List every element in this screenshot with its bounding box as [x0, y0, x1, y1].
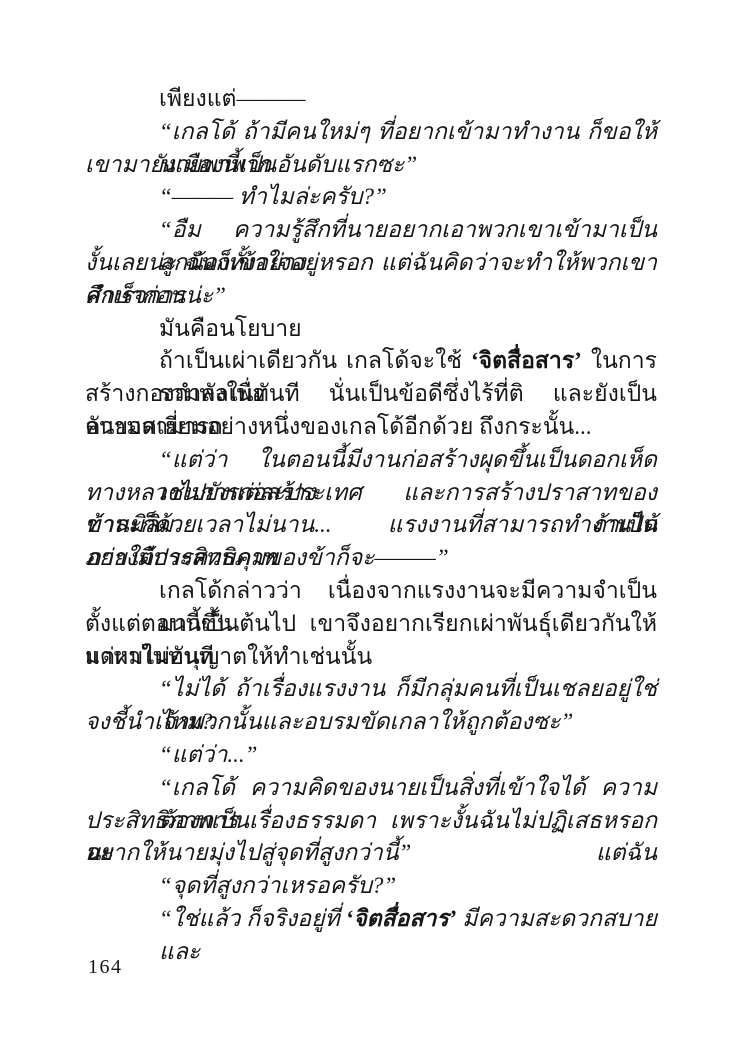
text-line: อันยอดเยี่ยมอย่างหนึ่งของเกลโด้อีกด้วย ถ…	[85, 411, 657, 444]
text-line: จงชี้นำเจ้าพวกนั้นและอบรมขัดเกลาให้ถูกต้…	[85, 706, 657, 739]
text-line: เกลโด้กล่าวว่า เนื่องจากแรงงานจะมีความจำ…	[85, 575, 657, 608]
text-segment: อยากให้นายมุ่งไปสู่จุดที่สูงกว่านี้”	[85, 840, 411, 865]
text-line: “ไม่ได้ ถ้าเรื่องแรงงาน ก็มีกลุ่มคนที่เป…	[85, 673, 657, 706]
text-segment: “——— ทำไมล่ะครับ?”	[159, 184, 387, 209]
text-line: งั้นเลยน่ะ ฉันก็เข้าใจอยู่หรอก แต่ฉันคิด…	[85, 247, 657, 280]
text-line: ศึกษาก่อนน่ะ”	[85, 280, 657, 313]
text-line: สร้างกองกำลังในทันที นั่นเป็นข้อดีซึ่งไร…	[85, 378, 657, 411]
text-segment: “จุดที่สูงกว่าเหรอครับ?”	[159, 873, 396, 898]
emphasized-term: ‘จิตสื่อสาร’	[471, 348, 582, 373]
text-line: ถ้าเป็นเผ่าเดียวกัน เกลโด้จะใช้ ‘จิตสื่อ…	[85, 345, 657, 378]
text-segment: จงชี้นำเจ้าพวกนั้นและอบรมขัดเกลาให้ถูกต้…	[85, 709, 573, 734]
text-line: ข้าละก็ด้วยเวลาไม่นาน... แรงงานที่สามารถ…	[85, 509, 657, 542]
text-line: มันคือนโยบาย	[85, 313, 657, 346]
text-line: “อืม ความรู้สึกที่นายอยากเอาพวกเขาเข้ามา…	[85, 214, 657, 247]
text-line: “——— ทำไมล่ะครับ?”	[85, 181, 657, 214]
text-line: “ใช่แล้ว ก็จริงอยู่ที่ ‘จิตสื่อสาร’ มีคว…	[85, 903, 657, 936]
text-line: “เกลโด้ ความคิดของนายเป็นสิ่งที่เข้าใจได…	[85, 772, 657, 805]
page-text: เพียงแต่———“เกลโด้ ถ้ามีคนใหม่ๆ ที่อยากเ…	[85, 83, 657, 936]
text-segment: อันยอดเยี่ยมอย่างหนึ่งของเกลโด้อีกด้วย ถ…	[85, 414, 592, 439]
text-segment: “ใช่แล้ว ก็จริงอยู่ที่	[159, 906, 346, 931]
text-line: ประสิทธิภาพเป็นเรื่องธรรมดา เพราะงั้นฉัน…	[85, 805, 657, 838]
text-line: “แต่ว่า...”	[85, 739, 657, 772]
text-segment: ภายใต้การควบคุมของข้าก็จะ———”	[85, 545, 449, 570]
text-line: “จุดที่สูงกว่าเหรอครับ?”	[85, 870, 657, 903]
text-segment: เขามายังเมืองนี้เป็นอันดับแรกซะ”	[85, 152, 417, 177]
text-line: เพียงแต่———	[85, 83, 657, 116]
text-segment: ถ้าเป็นเผ่าเดียวกัน เกลโด้จะใช้	[159, 348, 471, 373]
text-segment: ศึกษาก่อนน่ะ”	[85, 283, 226, 308]
text-line: ภายใต้การควบคุมของข้าก็จะ———”	[85, 542, 657, 575]
text-segment: “แต่ว่า...”	[159, 742, 257, 767]
text-line: แต่ผมไม่อนุญาตให้ทำเช่นนั้น	[85, 641, 657, 674]
text-line: ทางหลวงไปยังแต่ละประเทศ และการสร้างปราสา…	[85, 477, 657, 510]
text-line: “เกลโด้ ถ้ามีคนใหม่ๆ ที่อยากเข้ามาทำงาน …	[85, 116, 657, 149]
text-line: ตั้งแต่ตอนนี้เป็นต้นไป เขาจึงอยากเรียกเผ…	[85, 608, 657, 641]
book-page: เพียงแต่———“เกลโด้ ถ้ามีคนใหม่ๆ ที่อยากเ…	[0, 0, 738, 1051]
text-line: เขามายังเมืองนี้เป็นอันดับแรกซะ”	[85, 149, 657, 182]
text-segment: แต่ผมไม่อนุญาตให้ทำเช่นนั้น	[85, 644, 372, 669]
text-segment: มันคือนโยบาย	[159, 316, 302, 341]
page-number: 164	[88, 956, 123, 979]
emphasized-term: ‘จิตสื่อสาร’	[346, 906, 457, 931]
text-line: “แต่ว่า ในตอนนี้มีงานก่อสร้างผุดขึ้นเป็น…	[85, 444, 657, 477]
text-segment: เพียงแต่———	[159, 86, 306, 111]
